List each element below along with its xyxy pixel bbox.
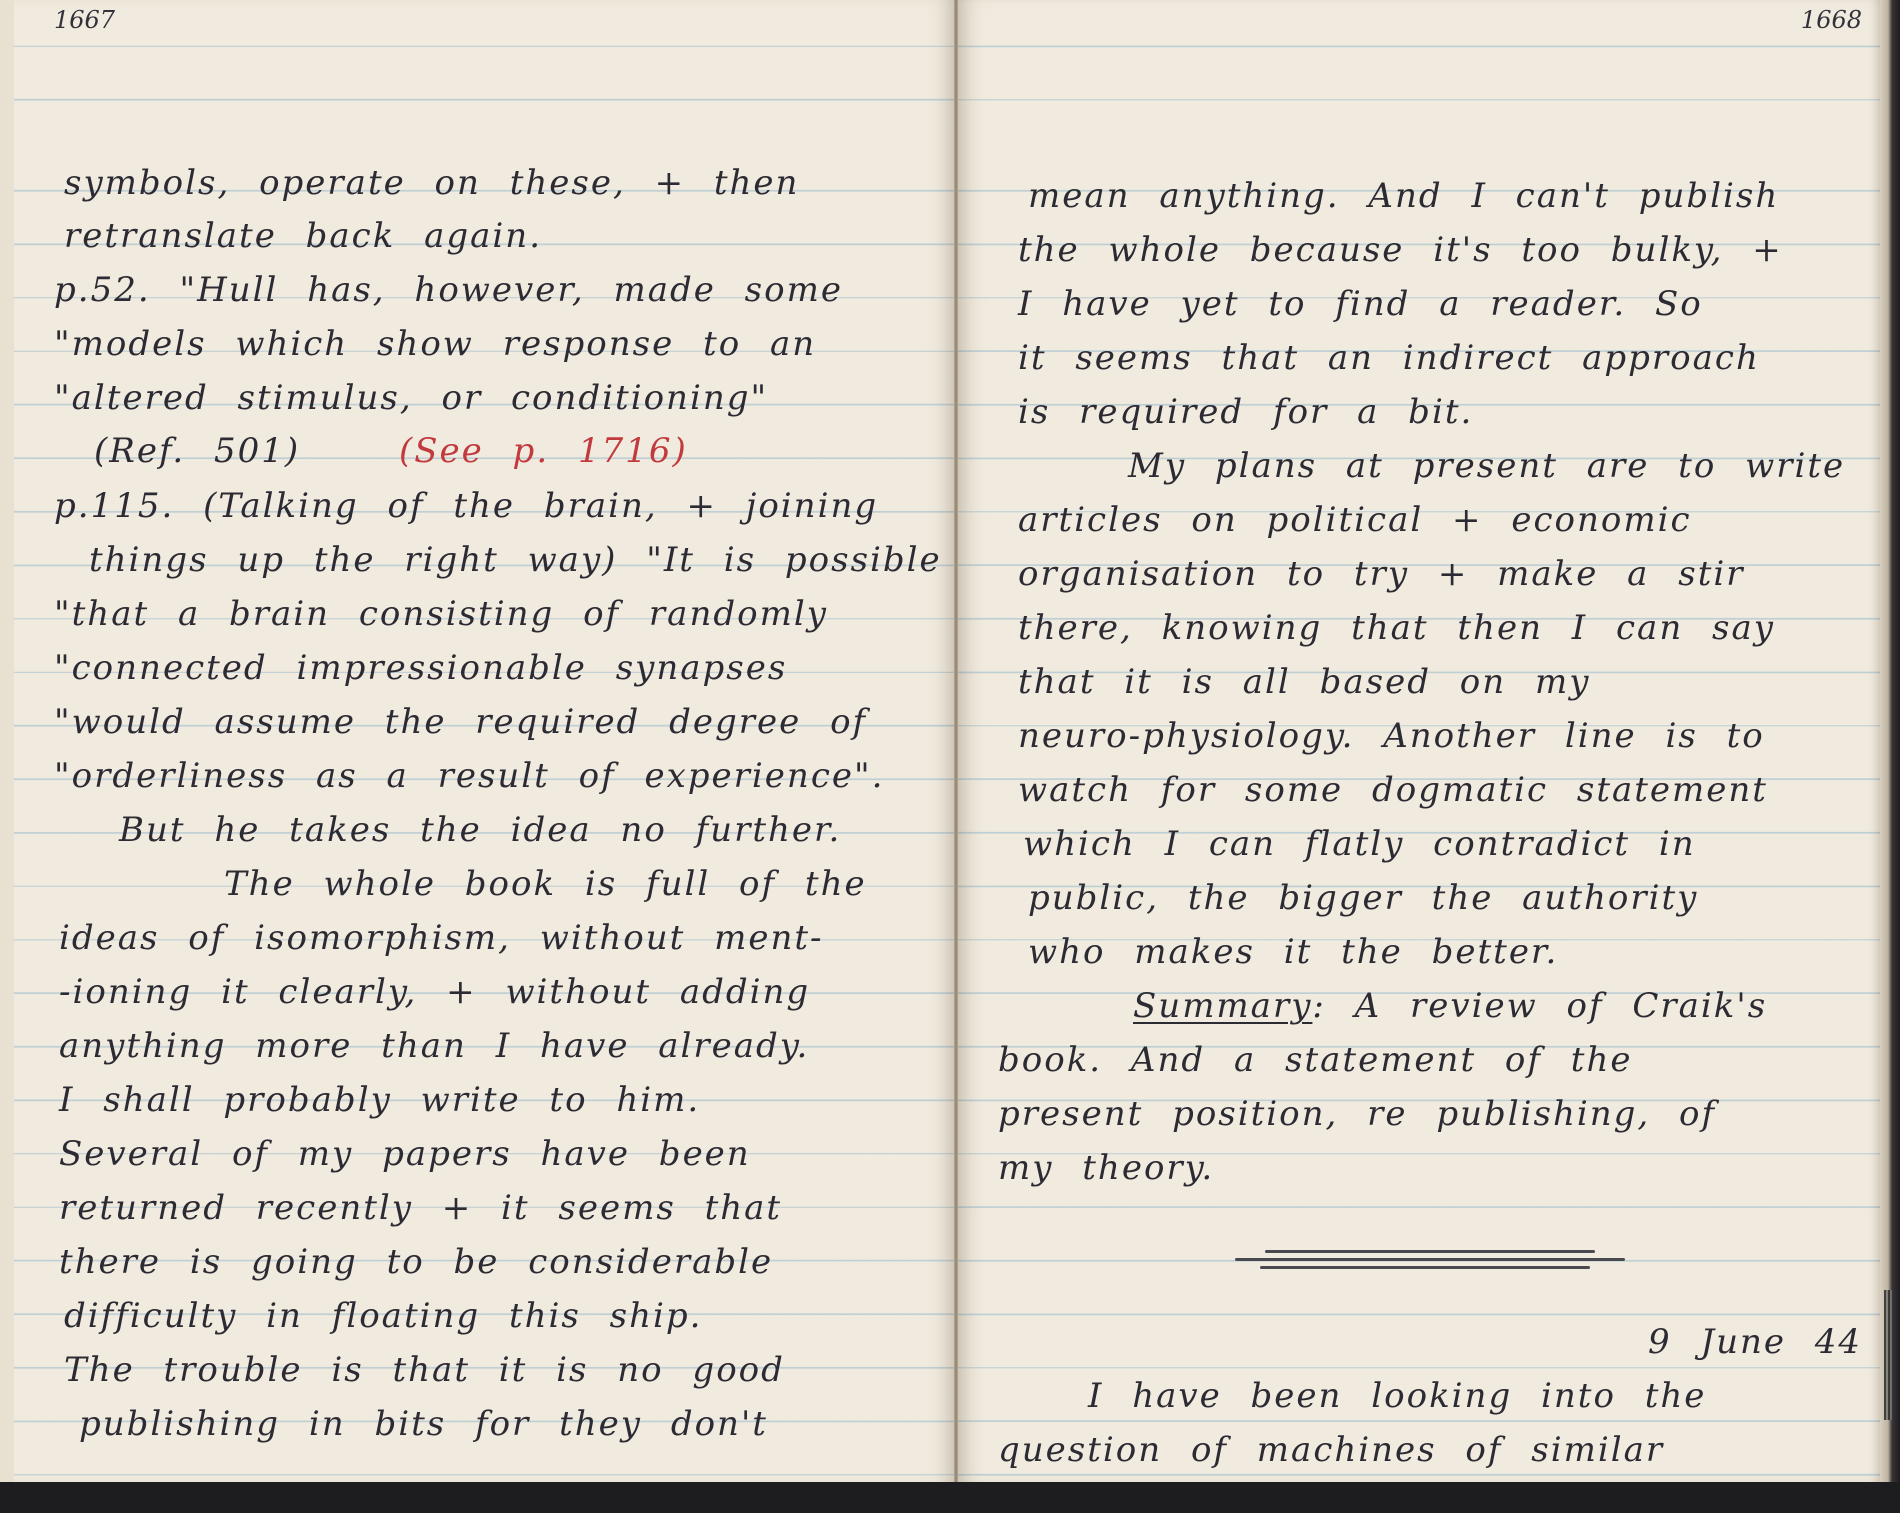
entry-date: 9 June 44 xyxy=(1648,1316,1862,1368)
text-line: -ioning it clearly, + without adding xyxy=(59,966,810,1018)
text-line: watch for some dogmatic statement xyxy=(1018,764,1768,816)
text-line: "connected impressionable synapses xyxy=(54,642,787,694)
text-line: ideas of isomorphism, without ment- xyxy=(59,912,824,964)
summary-heading: Summary xyxy=(1133,986,1312,1026)
text-line: retranslate back again. xyxy=(64,210,542,262)
notebook-spread: 1667 symbols, operate on these, + then r… xyxy=(0,0,1900,1485)
text-line: articles on political + economic xyxy=(1018,494,1692,546)
right-page-number: 1668 xyxy=(1801,6,1862,34)
text-line: My plans at present are to write xyxy=(1128,440,1845,492)
page-edge-ink-marks xyxy=(1884,1290,1892,1420)
text-line: neuro-physiology. Another line is to xyxy=(1018,710,1765,762)
text-line: public, the bigger the authority xyxy=(1028,872,1698,924)
text-line: "that a brain consisting of randomly xyxy=(54,588,828,640)
text-line: book. And a statement of the xyxy=(998,1034,1632,1086)
text-line: who makes it the better. xyxy=(1028,926,1558,978)
text-line: organisation to try + make a stir xyxy=(1018,548,1745,600)
text-line: The whole book is full of the xyxy=(224,858,867,910)
text-line: which I can flatly contradict in xyxy=(1023,818,1696,870)
text-line: publishing in bits for they don't xyxy=(79,1398,768,1450)
page-stack-edge xyxy=(1880,0,1900,1482)
text-line: The trouble is that it is no good xyxy=(64,1344,785,1396)
text-line: is required for a bit. xyxy=(1018,386,1473,438)
left-page: 1667 symbols, operate on these, + then r… xyxy=(0,0,955,1482)
text-line: But he takes the idea no further. xyxy=(119,804,841,856)
text-line: "orderliness as a result of experience". xyxy=(54,750,884,802)
text-line: symbols, operate on these, + then xyxy=(64,157,799,209)
text-line: difficulty in floating this ship. xyxy=(64,1290,702,1342)
summary-text: : A review of Craik's xyxy=(1312,986,1767,1026)
text-line-ref: (Ref. 501) (See p. 1716) xyxy=(94,425,688,477)
red-annotation-see-page: (See p. 1716) xyxy=(399,431,688,471)
text-line: the whole because it's too bulky, + xyxy=(1018,224,1783,276)
text-line: "would assume the required degree of xyxy=(54,696,867,748)
text-line: there is going to be considerable xyxy=(59,1236,773,1288)
text-line: that it is all based on my xyxy=(1018,656,1590,708)
text-line: Several of my papers have been xyxy=(59,1128,751,1180)
text-line: there, knowing that then I can say xyxy=(1018,602,1775,654)
text-line: I have yet to find a reader. So xyxy=(1018,278,1703,330)
text-line: p.115. (Talking of the brain, + joining xyxy=(54,480,878,532)
text-line: p.52. "Hull has, however, made some xyxy=(54,264,843,316)
text-line: "altered stimulus, or conditioning" xyxy=(54,372,768,424)
text-line: mean anything. And I can't publish xyxy=(1028,170,1779,222)
text-line: things up the right way) "It is possible xyxy=(89,534,942,586)
text-line: it seems that an indirect approach xyxy=(1018,332,1760,384)
text-line: anything more than I have already. xyxy=(59,1020,809,1072)
text-line: present position, re publishing, of xyxy=(998,1088,1716,1140)
text-line: returned recently + it seems that xyxy=(59,1182,782,1234)
left-page-number: 1667 xyxy=(54,6,115,34)
text-line: my theory. xyxy=(998,1142,1214,1194)
section-divider-triple-line xyxy=(1235,1248,1635,1272)
text-line: question of machines of similar xyxy=(998,1424,1664,1476)
text-line: I have been looking into the xyxy=(1088,1370,1706,1422)
summary-line: Summary: A review of Craik's xyxy=(1133,980,1767,1032)
text-line: I shall probably write to him. xyxy=(59,1074,700,1126)
text-line: "models which show response to an xyxy=(54,318,816,370)
reference-note: (Ref. 501) xyxy=(94,431,300,471)
